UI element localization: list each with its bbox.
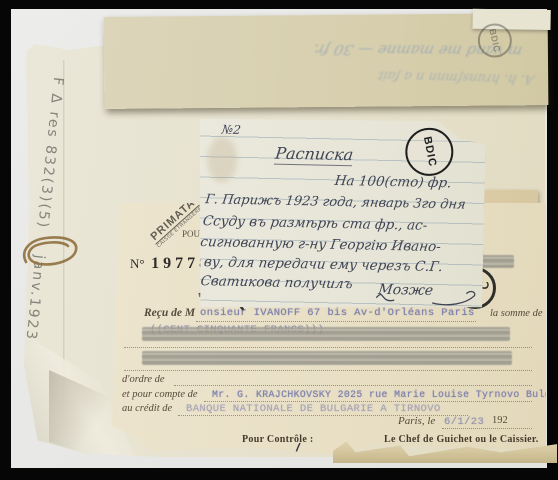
recu-label: Reçu de M — [144, 307, 195, 319]
compte-typed-value: Mr. G. KRAJCHKOVSKY 2025 rue Marie Louis… — [212, 389, 558, 400]
ordre-label: d'ordre de — [122, 374, 165, 385]
card-number-note: №2 — [221, 123, 242, 137]
somme-label: la somme de — [490, 308, 543, 319]
handwritten-receipt-card: №2 BDIC Расписка На 100(сто) фр. Г. Пари… — [196, 116, 486, 313]
card-body-line1: Ссуду въ размѣрѣ ста фр., ас- — [202, 213, 428, 234]
printed-fragment: POU — [182, 229, 200, 239]
bdic-stamp-icon: BDIC — [405, 127, 454, 176]
paperclip-icon — [16, 228, 86, 278]
ghost-handwriting-line2: A. h. hransfmnn n a fait — [173, 62, 536, 86]
scanned-archive-photo: F Δ res 832(3)(5)janv.1923 m vand me mam… — [0, 0, 558, 480]
form-rule — [174, 384, 532, 386]
primata-stamp: PRIMATA CAISSE ÉTRANGÈRE — [147, 196, 203, 250]
card-title: Расписка — [274, 144, 355, 167]
form-serial-prefix: N° — [130, 256, 145, 271]
form-serial-number: N° 19778 — [130, 255, 211, 273]
card-body-line3: ву, для передачи ему черезъ С.Г. — [203, 254, 444, 275]
card-body-line2: сигнованную г-ну Георгію Ивано- — [199, 234, 441, 255]
compte-label: et pour compte de — [122, 389, 198, 400]
form-rule — [442, 427, 532, 429]
form-rule — [124, 346, 532, 348]
card-date-line: Г. Парижъ 1923 года, январь 3го дня — [204, 192, 466, 212]
form-rule — [196, 320, 476, 322]
bdic-stamp-icon: BDIC — [478, 23, 512, 57]
bdic-stamp-text: BDIC — [421, 136, 439, 169]
form-rule — [124, 369, 532, 371]
form-rule — [204, 400, 532, 402]
bdic-stamp-text: BDIC — [487, 28, 502, 54]
top-paper-strip: m vand me mamne — 30 fr. A. h. hransfmnn… — [104, 13, 549, 109]
card-amount-line: На 100(сто) фр. — [334, 173, 453, 191]
place-label: Paris, le — [398, 415, 435, 427]
card-body-line4: Сватикова получилъ — [200, 273, 354, 292]
pencil-strike-bar2 — [142, 351, 512, 365]
ghost-handwriting-line1: m vand me mamne — 30 fr. — [150, 39, 524, 60]
credit-label: au crédit de — [122, 403, 172, 414]
card-stain — [207, 136, 238, 183]
pencil-strike-bar1 — [142, 327, 510, 341]
recu-typed-value: onsieur IVANOFF 67 bis Av-d'Orléans Pari… — [200, 307, 475, 319]
year-printed: 192 — [492, 415, 508, 426]
